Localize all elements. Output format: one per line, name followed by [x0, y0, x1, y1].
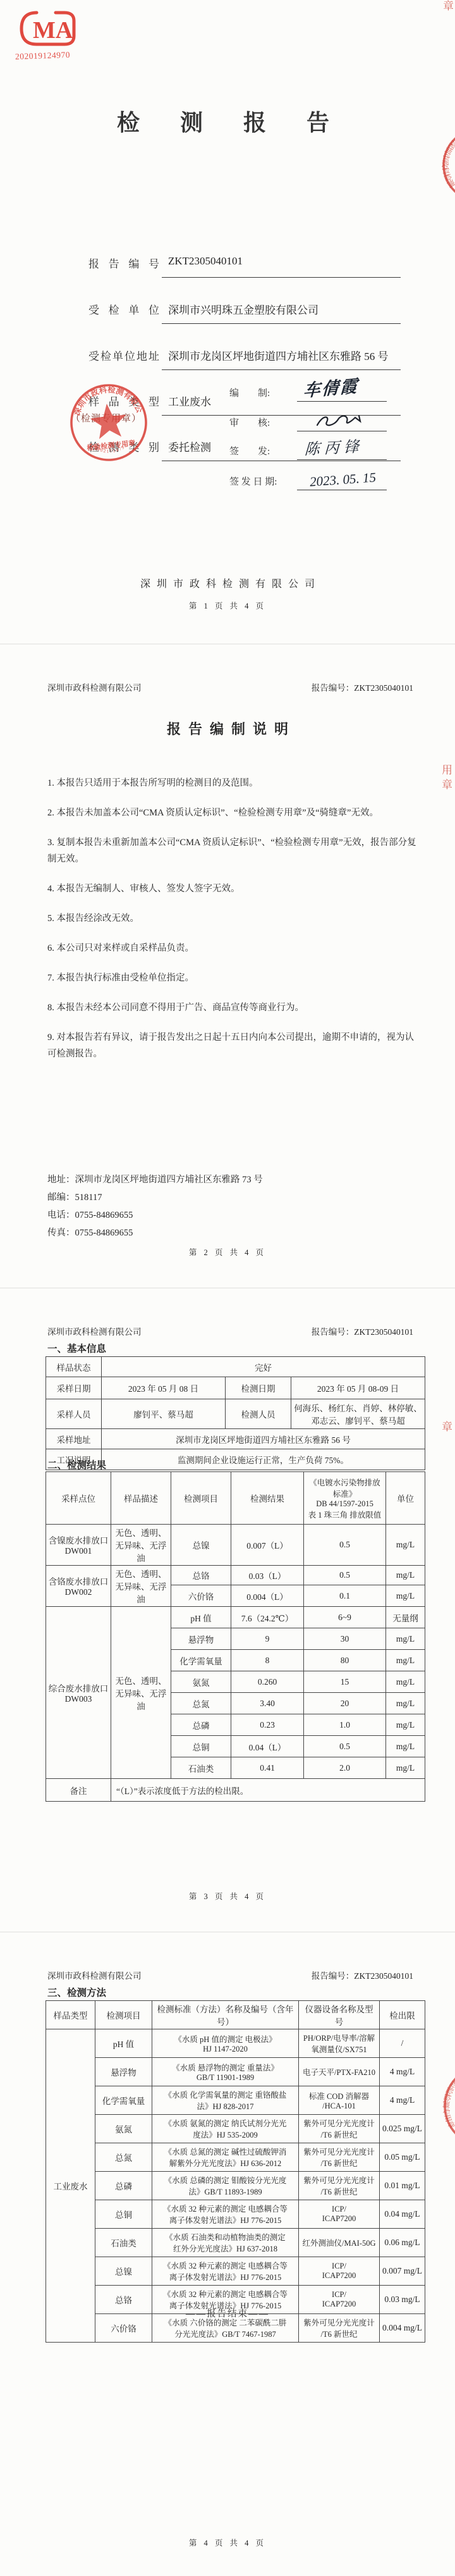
- table-cell: 采样日期: [46, 1377, 102, 1399]
- page-number: 第 2 页 共 4 页: [0, 1246, 455, 1258]
- table-cell: 3.40: [231, 1693, 304, 1714]
- table-cell: 石油类: [171, 1757, 231, 1779]
- table-row: 样品类型 检测项目 检测标准（方法）名称及编号（含年号） 仪器设备名称及型号 检…: [46, 2001, 425, 2029]
- table-cell: 总磷: [171, 1714, 231, 1736]
- field-label: 受检单位地址: [88, 347, 159, 363]
- field-underline: [162, 350, 401, 370]
- header-company: 深圳市政科检测有限公司: [47, 1325, 142, 1337]
- issuer-label: 签 发:: [229, 444, 270, 457]
- company-round-stamp-icon: 深圳市政科检测有限公司 检验检测专用章 4403021714795: [63, 376, 154, 468]
- company-fax: 传真：0755-84869655: [47, 1224, 263, 1242]
- lod-cell: 4 mg/L: [380, 2058, 425, 2086]
- note-item: 7. 本报告执行标准由受检单位指定。: [47, 970, 416, 986]
- lod-cell: 4 mg/L: [380, 2086, 425, 2115]
- company-contact-block: 地址：深圳市龙岗区坪地街道四方埔社区东雅路 73 号 邮编：518117 电话：…: [47, 1171, 263, 1242]
- company-postcode: 邮编：518117: [47, 1189, 263, 1206]
- table-header-cell: 《电镀水污染物排放 标准》 DB 44/1597-2015 表 1 珠三角 排放…: [304, 1472, 386, 1525]
- header-company: 深圳市政科检测有限公司: [47, 1969, 142, 1981]
- table-cell: 采样人员: [46, 1399, 102, 1429]
- table-cell: 采样地址: [46, 1429, 102, 1449]
- standard-cell: 《水质 总氮的测定 碱性过硫酸钾消 解紫外分光光度法》HJ 636-2012: [152, 2143, 299, 2172]
- standard-cell: 《水质 32 种元素的测定 电感耦合等 离子体发射光谱法》HJ 776-2015: [152, 2200, 299, 2229]
- reviewer-signature-scribble: [315, 411, 373, 430]
- report-no-value: ZKT2305040101: [354, 1327, 413, 1337]
- table-row: 悬浮物 《水质 悬浮物的测定 重量法》 GB/T 11901-1989 电子天平…: [46, 2058, 425, 2086]
- remark-label-cell: 备注: [46, 1779, 111, 1802]
- instrument-cell: 紫外可见分光光度计 /T6 新世纪: [299, 2115, 380, 2143]
- table-header-cell: 采样点位: [46, 1472, 111, 1525]
- note-item: 2. 本报告未加盖本公司“CMA 资质认定标识”、“检验检测专用章”及“骑缝章”…: [47, 805, 416, 821]
- instrument-cell: ICP/ ICAP7200: [299, 2257, 380, 2286]
- table-cell: 氨氮: [171, 1671, 231, 1693]
- table-cell: 2023 年 05 月 08 日: [102, 1377, 226, 1399]
- page-3-results: 深圳市政科检测有限公司 报告编号：ZKT2305040101 一、基本信息 样品…: [0, 1288, 455, 1932]
- table-cell: mg/L: [386, 1525, 425, 1566]
- page-number: 第 4 页 共 4 页: [0, 2537, 455, 2548]
- table-cell: 0.03（L）: [231, 1566, 304, 1585]
- note-item: 8. 本报告未经本公司同意不得用于广告、商品宣传等商业行为。: [47, 1000, 416, 1016]
- report-no-value: ZKT2305040101: [354, 683, 413, 693]
- edge-seal-fragment-icon: 检验检测专用章: [442, 1421, 455, 1522]
- header-report-no: 报告编号：ZKT2305040101: [312, 681, 413, 693]
- standard-cell: 《水质 悬浮物的测定 重量法》 GB/T 11901-1989: [152, 2058, 299, 2086]
- instrument-cell: 紫外可见分光光度计 /T6 新世纪: [299, 2172, 380, 2200]
- sample-desc-cell: 无色、透明、 无异味、无浮 油: [111, 1566, 171, 1607]
- instrument-cell: 红外测油仪/MAI-50G: [299, 2229, 380, 2257]
- methods-table: 样品类型 检测项目 检测标准（方法）名称及编号（含年号） 仪器设备名称及型号 检…: [45, 2000, 425, 2343]
- table-row: 采样日期 2023 年 05 月 08 日 检测日期 2023 年 05 月 0…: [46, 1377, 425, 1399]
- table-cell: 总氮: [95, 2143, 152, 2172]
- table-cell: mg/L: [386, 1693, 425, 1714]
- table-cell: 总铬: [171, 1566, 231, 1585]
- table-row: 总镍 《水质 32 种元素的测定 电感耦合等 离子体发射光谱法》HJ 776-2…: [46, 2257, 425, 2286]
- header-report-no: 报告编号：ZKT2305040101: [312, 1325, 413, 1337]
- table-cell: 0.007（L）: [231, 1525, 304, 1566]
- table-cell: 总磷: [95, 2172, 152, 2200]
- section-basic-info-title: 一、基本信息: [47, 1341, 106, 1355]
- table-cell: pH 值: [171, 1607, 231, 1628]
- note-item: 9. 对本报告若有异议，请于报告发出之日起十五日内向本公司提出，逾期不申请的，视…: [47, 1029, 416, 1062]
- maker-label: 编 制:: [229, 386, 270, 399]
- edge-seal-fragment-icon: 检验检测专用章: [442, 764, 455, 843]
- section-methods-title: 三、检测方法: [47, 1985, 106, 1999]
- field-underline: [162, 258, 401, 278]
- table-row: 总铜 《水质 32 种元素的测定 电感耦合等 离子体发射光谱法》HJ 776-2…: [46, 2200, 425, 2229]
- page-number: 第 3 页 共 4 页: [0, 1890, 455, 1902]
- table-header-cell: 检测项目: [95, 2001, 152, 2029]
- sample-desc-cell: 无色、透明、 无异味、无浮 油: [111, 1525, 171, 1566]
- header-report-no: 报告编号：ZKT2305040101: [312, 1969, 413, 1981]
- maker-signature: 车倩霞: [303, 372, 359, 402]
- note-item: 4. 本报告无编制人、审核人、签发人签字无效。: [47, 881, 416, 897]
- table-row: 样品状态 完好: [46, 1357, 425, 1377]
- notes-list: 1. 本报告只适用于本报告所写明的检测目的及范围。 2. 本报告未加盖本公司“C…: [47, 775, 416, 1075]
- field-label: 受检单位: [88, 301, 159, 317]
- table-cell: 0.41: [231, 1757, 304, 1779]
- standard-cell: 《水质 32 种元素的测定 电感耦合等 离子体发射光谱法》HJ 776-2015: [152, 2257, 299, 2286]
- lod-cell: 0.04 mg/L: [380, 2200, 425, 2229]
- note-item: 5. 本报告经涂改无效。: [47, 910, 416, 927]
- report-no-label: 报告编号：: [312, 683, 355, 693]
- issue-date-label: 签 发 日 期:: [229, 474, 277, 488]
- table-cell: 检测人员: [226, 1399, 291, 1429]
- table-header-cell: 单位: [386, 1472, 425, 1525]
- table-header-cell: 检测结果: [231, 1472, 304, 1525]
- table-header-cell: 仪器设备名称及型号: [299, 2001, 380, 2029]
- edge-seal-arc-icon: 检验检测专用章: [440, 2059, 455, 2153]
- company-phone: 电话：0755-84869655: [47, 1206, 263, 1224]
- lod-cell: 0.05 mg/L: [380, 2143, 425, 2172]
- report-title: 检 测 报 告: [117, 105, 338, 137]
- edge-seal-arc-icon: 深圳市政科检测有限公司: [438, 123, 455, 207]
- table-row: 石油类 《水质 石油类和动植物油类的测定 红外分光光度法》HJ 637-2018…: [46, 2229, 425, 2257]
- page-1-cover: MA 202019124970 检验检测专用章 检 测 报 告 深圳市政科检测有…: [0, 0, 455, 644]
- table-cell: mg/L: [386, 1736, 425, 1757]
- table-cell: mg/L: [386, 1671, 425, 1693]
- table-cell: 石油类: [95, 2229, 152, 2257]
- report-no-label: 报告编号：: [312, 1971, 355, 1981]
- edge-seal-fragment-icon: 检验检测专用章: [444, 0, 455, 44]
- table-cell: 2.0: [304, 1757, 386, 1779]
- standard-cell: 《水质 pH 值的测定 电极法》 HJ 1147-2020: [152, 2029, 299, 2058]
- standard-cell: 《水质 石油类和动植物油类的测定 红外分光光度法》HJ 637-2018: [152, 2229, 299, 2257]
- table-cell: 监测期间企业设施运行正常，生产负荷 75%。: [102, 1449, 425, 1470]
- field-underline: [162, 304, 401, 324]
- report-no-label: 报告编号：: [312, 1327, 355, 1337]
- note-item: 3. 复制本报告未重新加盖本公司“CMA 资质认定标识”、“检验检测专用章”无效…: [47, 834, 416, 867]
- table-row: 综合废水排放口 DW003 无色、透明、 无异味、无浮 油 pH 值 7.6（2…: [46, 1607, 425, 1628]
- table-cell: 样品状态: [46, 1357, 102, 1377]
- table-row: 工业废水 pH 值 《水质 pH 值的测定 电极法》 HJ 1147-2020 …: [46, 2029, 425, 2058]
- company-address: 地址：深圳市龙岗区坪地街道四方埔社区东雅路 73 号: [47, 1171, 263, 1189]
- lod-cell: 0.06 mg/L: [380, 2229, 425, 2257]
- report-end-text: ——报告结束——: [0, 2307, 455, 2320]
- table-header-cell: 检测项目: [171, 1472, 231, 1525]
- table-cell: 0.23: [231, 1714, 304, 1736]
- svg-text:深圳市政科检测有限公司: 深圳市政科检测有限公司: [438, 123, 455, 189]
- table-row: 含镍废水排放口 DW001 无色、透明、 无异味、无浮 油 总镍 0.007（L…: [46, 1525, 425, 1566]
- table-cell: 6~9: [304, 1607, 386, 1628]
- table-cell: mg/L: [386, 1650, 425, 1671]
- report-no-value: ZKT2305040101: [354, 1971, 413, 1981]
- table-header-cell: 检测标准（方法）名称及编号（含年号）: [152, 2001, 299, 2029]
- table-cell: 0.5: [304, 1736, 386, 1757]
- standard-cell: 《水质 化学需氧量的测定 重铬酸盐 法》HJ 828-2017: [152, 2086, 299, 2115]
- table-row: 氨氮 《水质 氨氮的测定 纳氏试剂分光光 度法》HJ 535-2009 紫外可见…: [46, 2115, 425, 2143]
- lod-cell: 0.01 mg/L: [380, 2172, 425, 2200]
- basic-info-table: 样品状态 完好 采样日期 2023 年 05 月 08 日 检测日期 2023 …: [45, 1356, 425, 1470]
- table-cell: 化学需氧量: [95, 2086, 152, 2115]
- page-number: 第 1 页 共 4 页: [0, 600, 455, 611]
- section-results-title: 二、检测结果: [47, 1458, 106, 1471]
- table-cell: 8: [231, 1650, 304, 1671]
- table-cell: 完好: [102, 1357, 425, 1377]
- svg-text:深圳市政科检测有限公司: 深圳市政科检测有限公司: [63, 376, 144, 422]
- table-row: 采样点位 样品描述 检测项目 检测结果 《电镀水污染物排放 标准》 DB 44/…: [46, 1472, 425, 1525]
- remark-value-cell: “（L）”表示浓度低于方法的检出限。: [111, 1779, 425, 1802]
- lod-cell: 0.007 mg/L: [380, 2257, 425, 2286]
- table-cell: 总镍: [171, 1525, 231, 1566]
- table-cell: 0.1: [304, 1585, 386, 1607]
- table-cell: 20: [304, 1693, 386, 1714]
- table-cell: 六价铬: [171, 1585, 231, 1607]
- table-cell: 1.0: [304, 1714, 386, 1736]
- table-cell: 无量纲: [386, 1607, 425, 1628]
- cma-letters: MA: [33, 17, 73, 44]
- page-4-methods: 深圳市政科检测有限公司 报告编号：ZKT2305040101 三、检测方法 检验…: [0, 1932, 455, 2576]
- report-scan: MA 202019124970 检验检测专用章 检 测 报 告 深圳市政科检测有…: [0, 0, 455, 2576]
- sampling-point-cell: 含镍废水排放口 DW001: [46, 1525, 111, 1566]
- table-cell: 何海乐、杨红东、肖婷、林停敏、 邓志云、廖钊平、蔡马超: [291, 1399, 425, 1429]
- sample-desc-cell: 无色、透明、 无异味、无浮 油: [111, 1607, 171, 1779]
- table-cell: 悬浮物: [95, 2058, 152, 2086]
- cover-company-name: 深圳市政科检测有限公司: [0, 576, 455, 590]
- standard-cell: 《水质 总磷的测定 钼酸铵分光光度 法》GB/T 11893-1989: [152, 2172, 299, 2200]
- svg-text:检验检测专用章: 检验检测专用章: [441, 2079, 455, 2130]
- table-cell: 总镍: [95, 2257, 152, 2286]
- table-cell: 0.004（L）: [231, 1585, 304, 1607]
- table-cell: mg/L: [386, 1566, 425, 1585]
- table-cell: 悬浮物: [171, 1628, 231, 1650]
- table-cell: 9: [231, 1628, 304, 1650]
- table-header-cell: 样品描述: [111, 1472, 171, 1525]
- table-row: 备注 “（L）”表示浓度低于方法的检出限。: [46, 1779, 425, 1802]
- table-cell: 总铜: [95, 2200, 152, 2229]
- table-cell: mg/L: [386, 1757, 425, 1779]
- table-cell: 7.6（24.2℃）: [231, 1607, 304, 1628]
- table-cell: 2023 年 05 月 08-09 日: [291, 1377, 425, 1399]
- table-row: 采样人员 廖钊平、蔡马超 检测人员 何海乐、杨红东、肖婷、林停敏、 邓志云、廖钊…: [46, 1399, 425, 1429]
- table-header-cell: 检出限: [380, 2001, 425, 2029]
- instrument-cell: 电子天平/PTX-FA210: [299, 2058, 380, 2086]
- table-cell: 深圳市龙岗区坪地街道四方埔社区东雅路 56 号: [102, 1429, 425, 1449]
- table-row: 含铬废水排放口 DW002 无色、透明、 无异味、无浮 油 总铬 0.03（L）…: [46, 1566, 425, 1585]
- results-table: 采样点位 样品描述 检测项目 检测结果 《电镀水污染物排放 标准》 DB 44/…: [45, 1471, 425, 1802]
- table-cell: 80: [304, 1650, 386, 1671]
- sample-type-cell: 工业废水: [46, 2029, 95, 2343]
- instrument-cell: 标准 COD 消解器 /HCA-101: [299, 2086, 380, 2115]
- table-cell: 总铜: [171, 1736, 231, 1757]
- table-cell: 化学需氧量: [171, 1650, 231, 1671]
- header-company: 深圳市政科检测有限公司: [47, 681, 142, 693]
- page-2-notes: 深圳市政科检测有限公司 报告编号：ZKT2305040101 报告编制说明 检验…: [0, 644, 455, 1288]
- table-cell: 0.5: [304, 1566, 386, 1585]
- table-cell: 检测日期: [226, 1377, 291, 1399]
- table-cell: pH 值: [95, 2029, 152, 2058]
- table-cell: 30: [304, 1628, 386, 1650]
- reviewer-label: 审 核:: [229, 416, 270, 429]
- table-row: 总磷 《水质 总磷的测定 钼酸铵分光光度 法》GB/T 11893-1989 紫…: [46, 2172, 425, 2200]
- table-header-cell: 样品类型: [46, 2001, 95, 2029]
- table-cell: 氨氮: [95, 2115, 152, 2143]
- issuer-signature: 陈丙锋: [304, 433, 364, 459]
- standard-cell: 《水质 氨氮的测定 纳氏试剂分光光 度法》HJ 535-2009: [152, 2115, 299, 2143]
- table-cell: 15: [304, 1671, 386, 1693]
- table-cell: mg/L: [386, 1628, 425, 1650]
- table-cell: mg/L: [386, 1714, 425, 1736]
- lod-cell: /: [380, 2029, 425, 2058]
- table-row: 化学需氧量 《水质 化学需氧量的测定 重铬酸盐 法》HJ 828-2017 标准…: [46, 2086, 425, 2115]
- field-label: 报告编号: [88, 255, 159, 271]
- instrument-cell: ICP/ ICAP7200: [299, 2200, 380, 2229]
- table-row: 总氮 《水质 总氮的测定 碱性过硫酸钾消 解紫外分光光度法》HJ 636-201…: [46, 2143, 425, 2172]
- note-item: 6. 本公司只对来样或自采样品负责。: [47, 940, 416, 957]
- instrument-cell: PH/ORP/电导率/溶解 氧测量仪/SX751: [299, 2029, 380, 2058]
- lod-cell: 0.025 mg/L: [380, 2115, 425, 2143]
- table-cell: 0.04（L）: [231, 1736, 304, 1757]
- table-cell: mg/L: [386, 1585, 425, 1607]
- notes-title: 报告编制说明: [0, 719, 455, 738]
- table-cell: 0.5: [304, 1525, 386, 1566]
- table-row: 采样地址 深圳市龙岗区坪地街道四方埔社区东雅路 56 号: [46, 1429, 425, 1449]
- instrument-cell: 紫外可见分光光度计 /T6 新世纪: [299, 2143, 380, 2172]
- note-item: 1. 本报告只适用于本报告所写明的检测目的及范围。: [47, 775, 416, 791]
- sampling-point-cell: 含铬废水排放口 DW002: [46, 1566, 111, 1607]
- table-cell: 0.260: [231, 1671, 304, 1693]
- table-cell: 总氮: [171, 1693, 231, 1714]
- table-cell: 廖钊平、蔡马超: [102, 1399, 226, 1429]
- sampling-point-cell: 综合废水排放口 DW003: [46, 1607, 111, 1779]
